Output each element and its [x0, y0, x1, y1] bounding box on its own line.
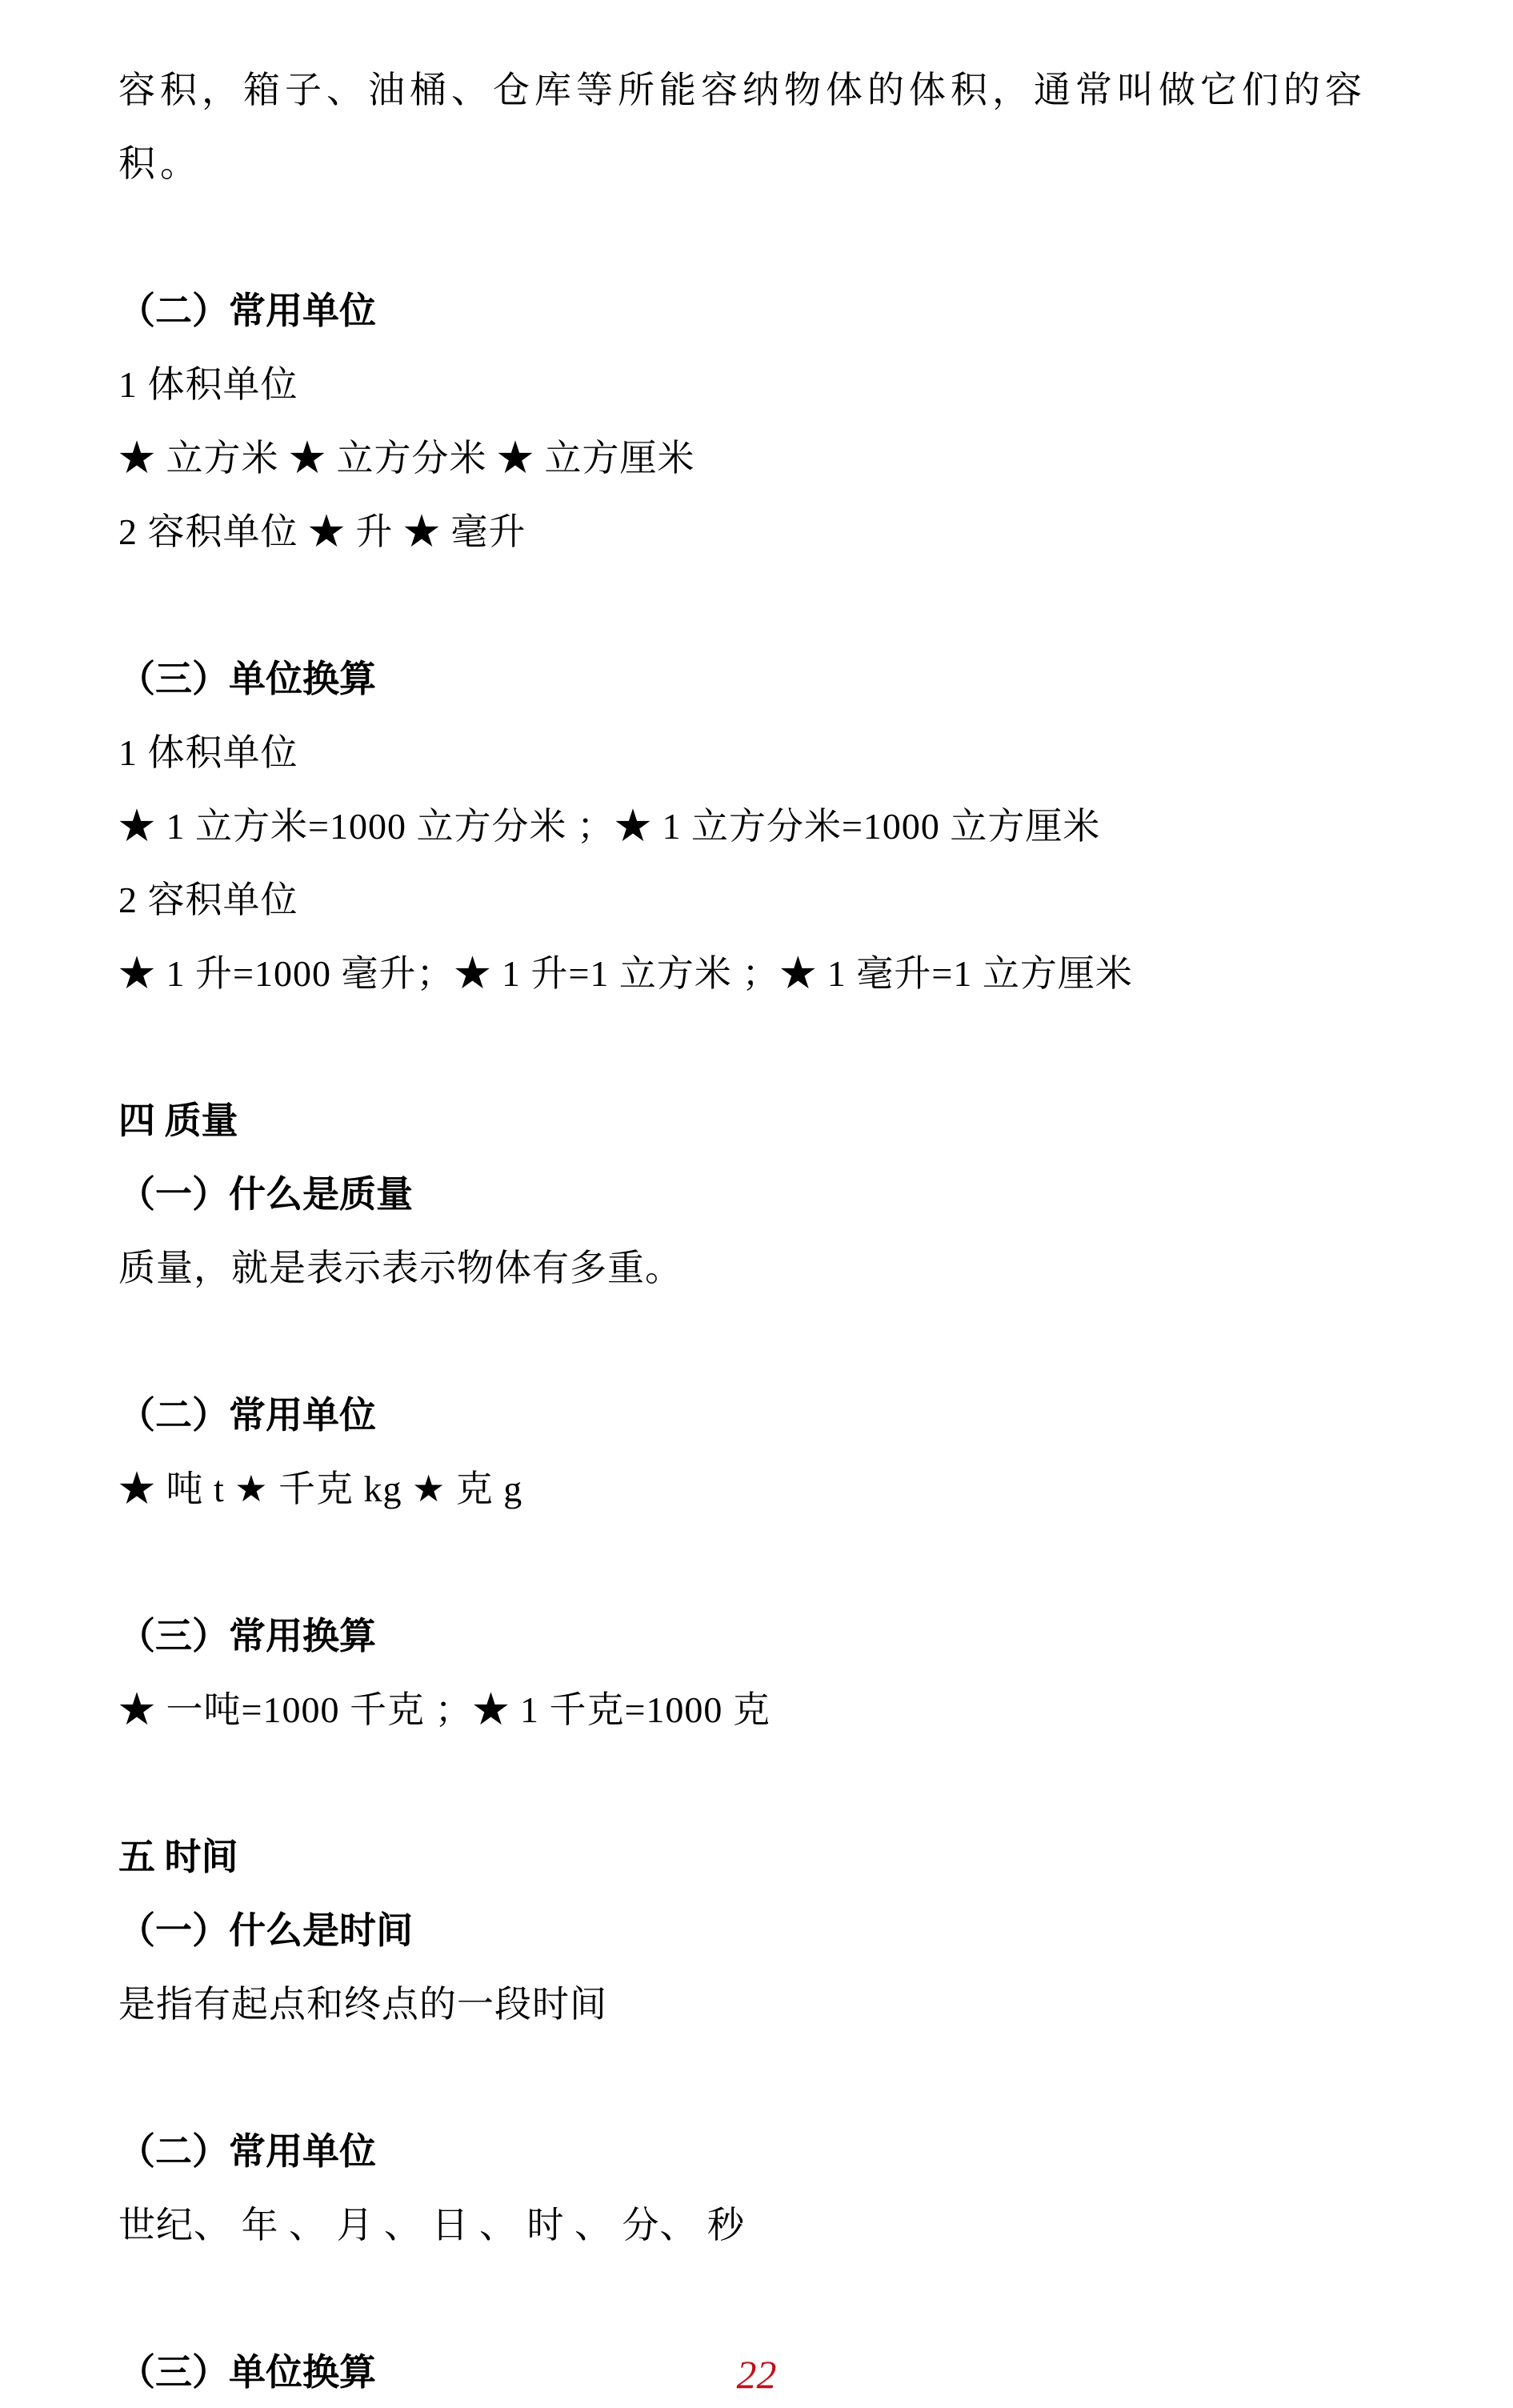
- paragraph-volume-units-label-2: 1 体积单位: [118, 716, 1441, 790]
- paragraph-mass-units-list: ★ 吨 t ★ 千克 kg ★ 克 g: [118, 1452, 1441, 1526]
- paragraph-mass-definition: 质量，就是表示表示物体有多重。: [118, 1232, 1441, 1305]
- paragraph-capacity-units-list: 2 容积单位 ★ 升 ★ 毫升: [118, 495, 1441, 569]
- section-heading-common-units-mass: （二）常用单位: [118, 1379, 1441, 1452]
- chapter-heading-mass: 四 质量: [118, 1084, 1441, 1158]
- paragraph-volume-conversions: ★ 1 立方米=1000 立方分米 ；★ 1 立方分米=1000 立方厘米: [118, 790, 1441, 863]
- page-footer: 22: [0, 2352, 1513, 2397]
- paragraph-mass-conversions: ★ 一吨=1000 千克 ；★ 1 千克=1000 克: [118, 1673, 1441, 1747]
- paragraph-time-units-list: 世纪、 年 、 月 、 日 、 时 、 分、 秒: [118, 2189, 1441, 2262]
- paragraph-capacity-conversions: ★ 1 升=1000 毫升；★ 1 升=1 立方米 ；★ 1 毫升=1 立方厘米: [118, 937, 1441, 1011]
- section-heading-common-units-volume: （二）常用单位: [118, 274, 1441, 348]
- paragraph-time-definition: 是指有起点和终点的一段时间: [118, 1968, 1441, 2041]
- section-heading-what-is-time: （一）什么是时间: [118, 1894, 1441, 1968]
- paragraph-volume-capacity-definition: 容积，箱子、油桶、仓库等所能容纳物体的体积，通常叫做它们的容积。: [118, 54, 1441, 201]
- paragraph-volume-units-label: 1 体积单位: [118, 348, 1441, 422]
- chapter-heading-time: 五 时间: [118, 1821, 1441, 1894]
- document-page: 容积，箱子、油桶、仓库等所能容纳物体的体积，通常叫做它们的容积。 （二）常用单位…: [0, 0, 1513, 2408]
- document-body: 容积，箱子、油桶、仓库等所能容纳物体的体积，通常叫做它们的容积。 （二）常用单位…: [0, 0, 1513, 2408]
- paragraph-volume-units-list: ★ 立方米 ★ 立方分米 ★ 立方厘米: [118, 422, 1441, 495]
- section-heading-what-is-mass: （一）什么是质量: [118, 1158, 1441, 1232]
- page-number: 22: [737, 2352, 777, 2397]
- section-heading-common-units-time: （二）常用单位: [118, 2115, 1441, 2189]
- section-heading-unit-conversion-volume: （三）单位换算: [118, 643, 1441, 716]
- paragraph-capacity-units-label: 2 容积单位: [118, 863, 1441, 937]
- section-heading-common-conversion-mass: （三）常用换算: [118, 1600, 1441, 1673]
